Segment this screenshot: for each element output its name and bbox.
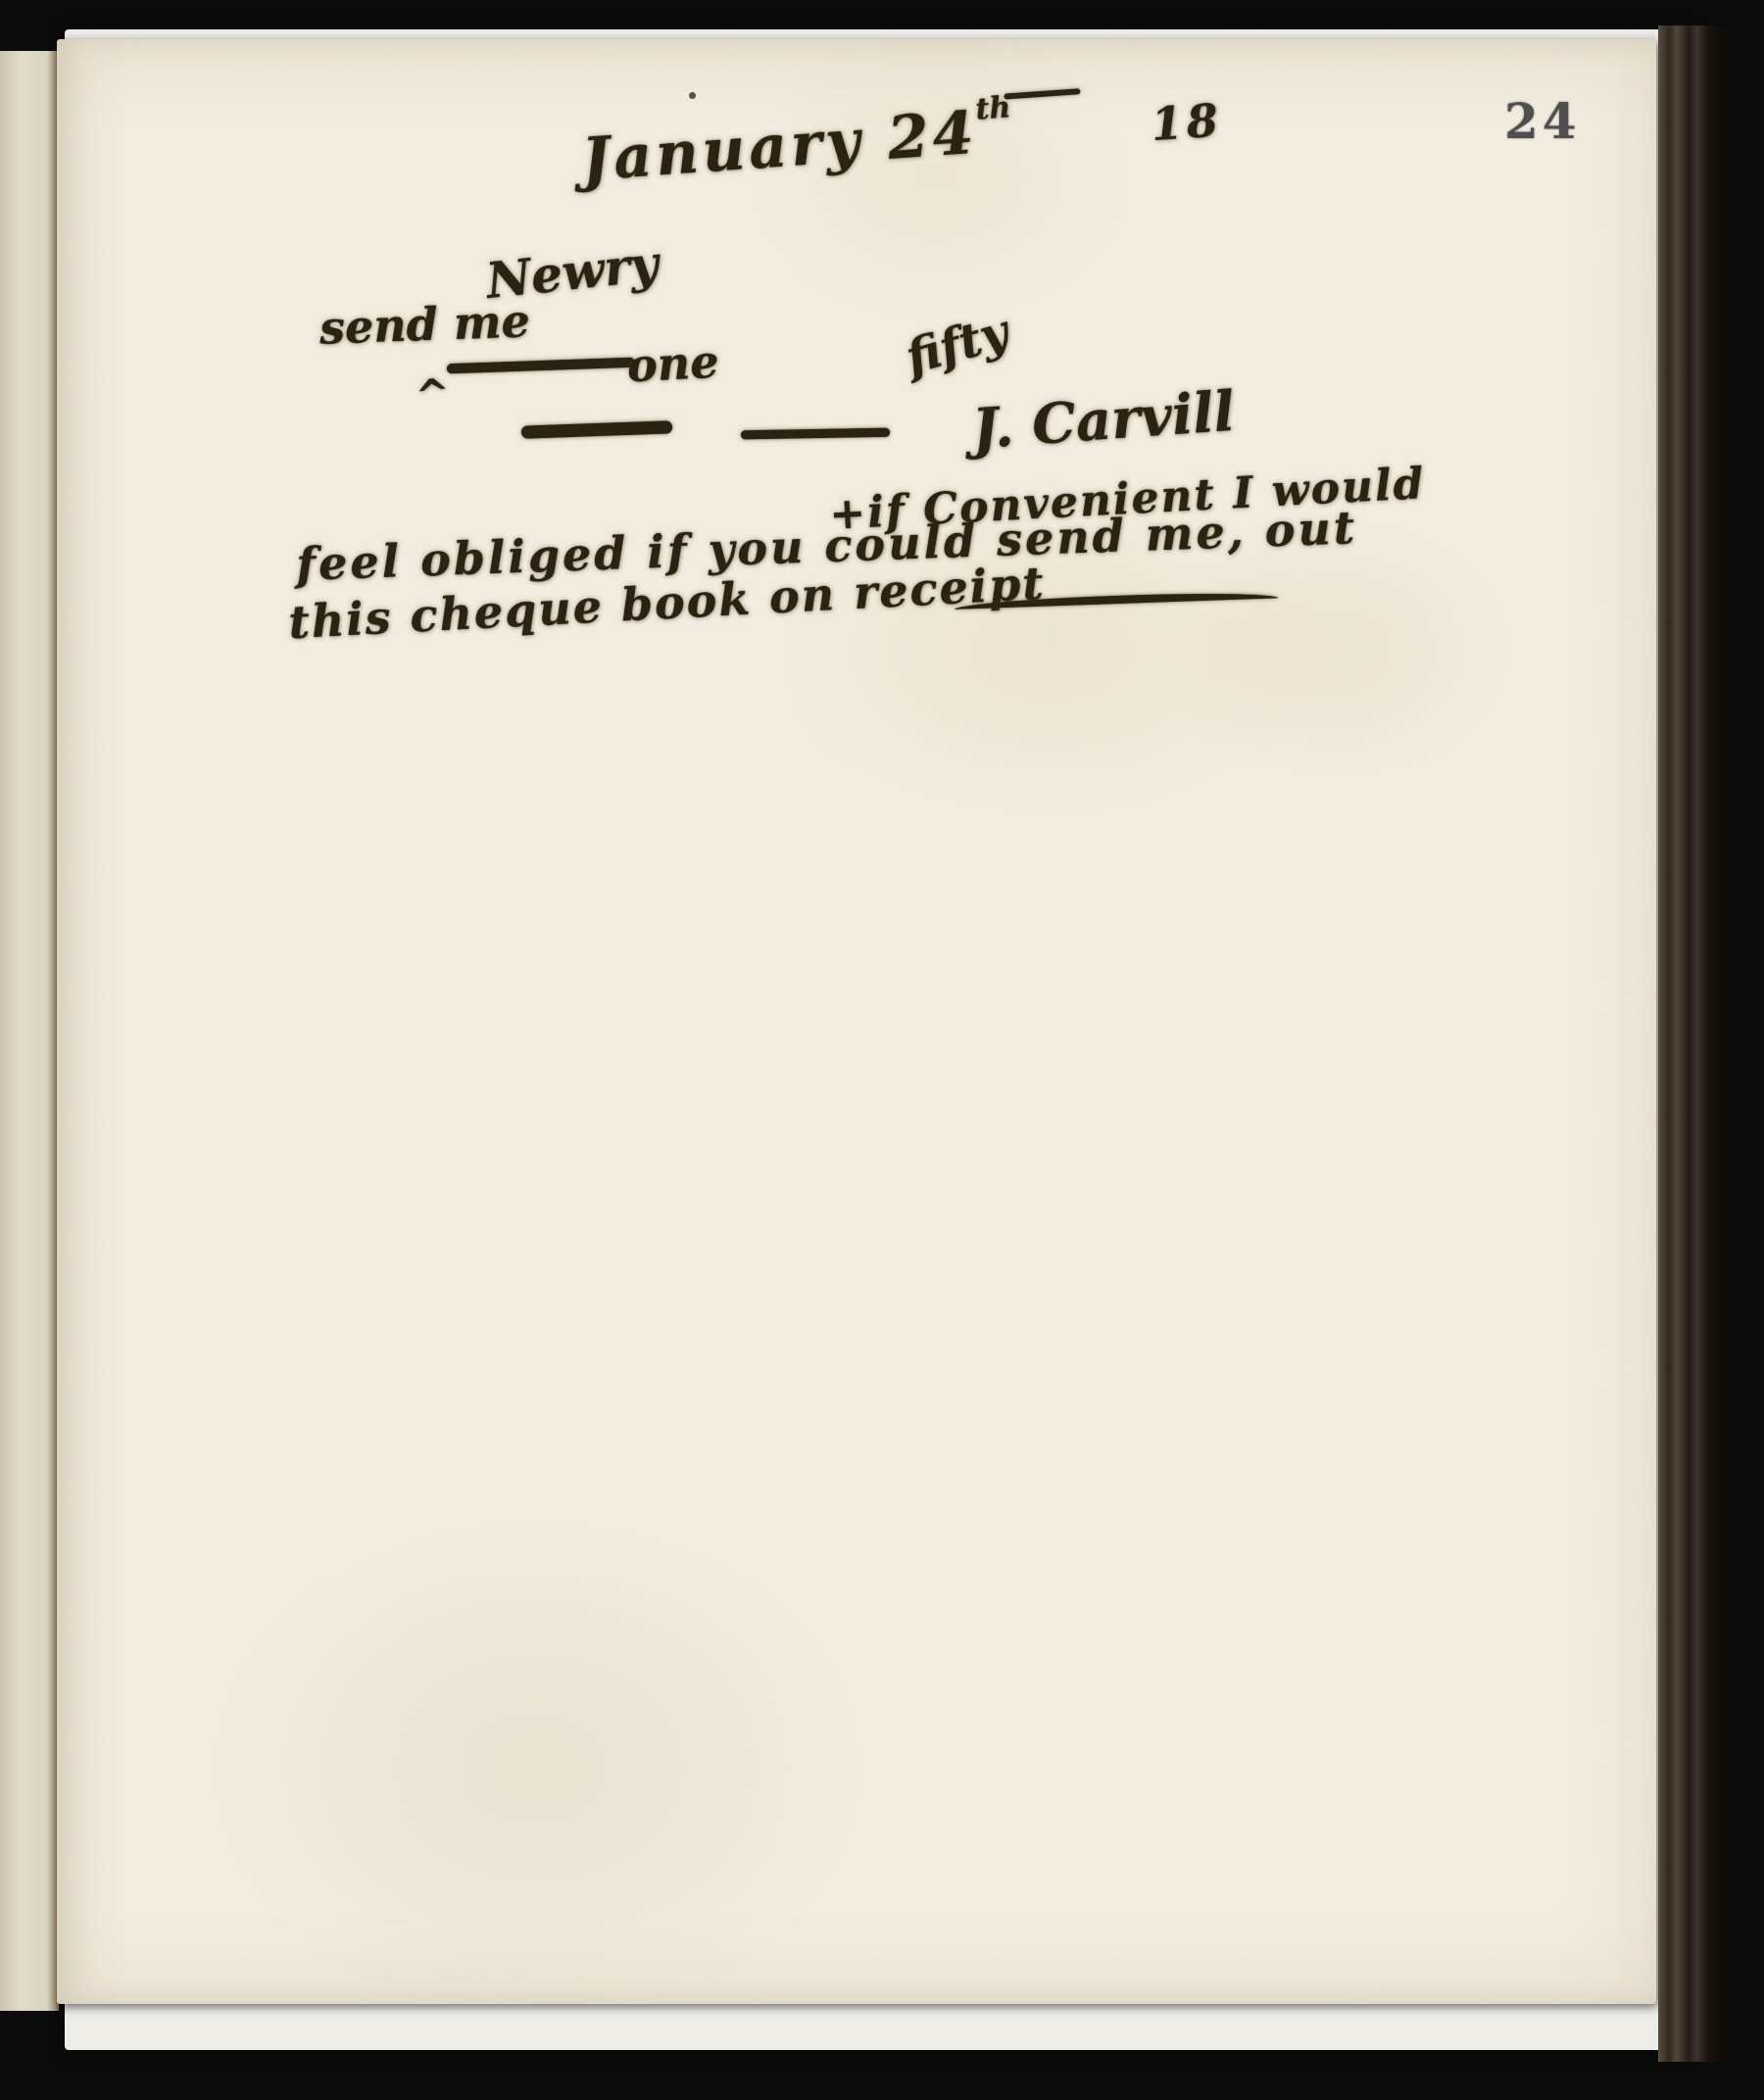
insertion-line-stroke <box>447 358 635 374</box>
amount-fifty: fifty <box>900 305 1014 386</box>
ink-dash-right <box>741 428 890 440</box>
book-scan: 24 January 24th18 Newry send me ^ one fi… <box>0 0 1764 2100</box>
date-line: January 24th18 <box>579 75 1224 194</box>
gutter-page-edges <box>0 51 59 2011</box>
insertion-caret: ^ <box>414 368 453 419</box>
manuscript-page: 24 January 24th18 Newry send me ^ one fi… <box>57 39 1656 2004</box>
fore-edge-page-stack <box>1658 25 1725 2062</box>
date-month-day: January 24 <box>580 99 980 195</box>
ink-fleck <box>689 92 696 99</box>
word-one: one <box>626 335 720 393</box>
date-year-partial: 18 <box>1150 93 1224 151</box>
date-ordinal-flourish-stroke <box>1004 88 1080 99</box>
ink-dash-left <box>521 420 672 438</box>
phrase-send-me: send me <box>318 294 530 354</box>
signature: J. Carvill <box>970 379 1237 463</box>
page-number-stamp: 24 <box>1504 92 1581 150</box>
